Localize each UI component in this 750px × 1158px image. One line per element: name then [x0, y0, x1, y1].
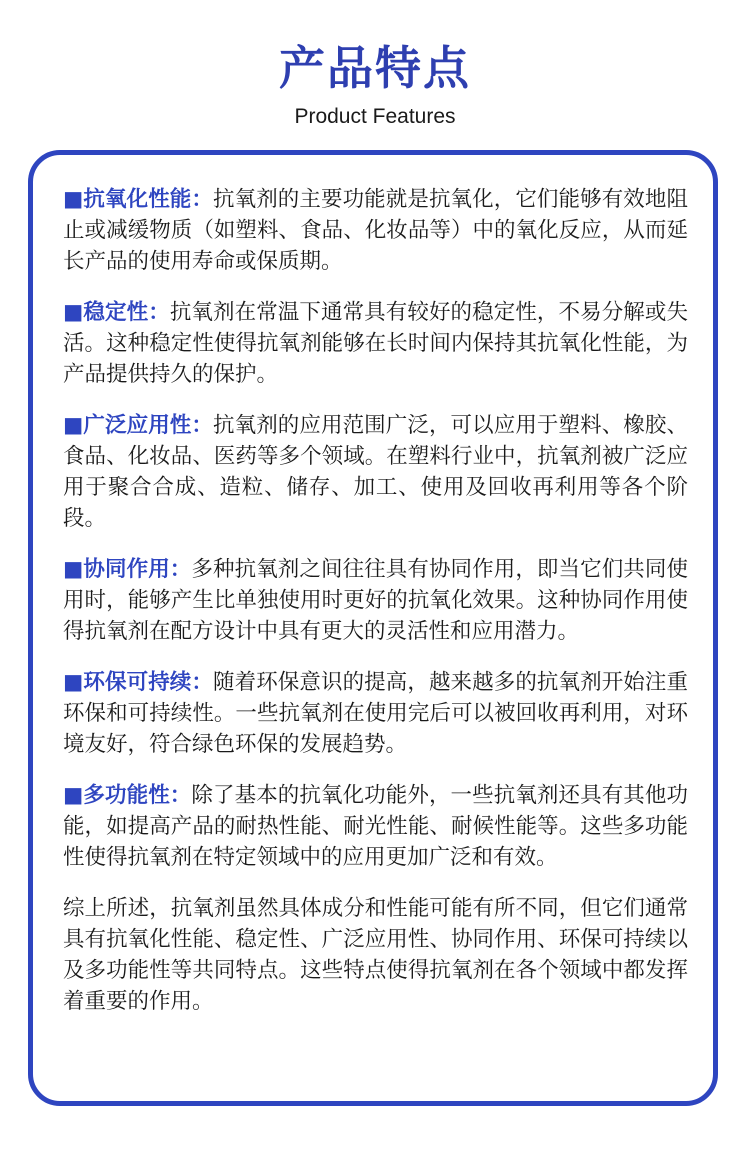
- square-bullet-icon: ■: [63, 187, 83, 212]
- features-content: ■抗氧化性能：抗氧剂的主要功能就是抗氧化，它们能够有效地阻止或减缓物质（如塑料、…: [63, 184, 688, 1037]
- square-bullet-icon: ■: [63, 557, 83, 582]
- feature-heading: 协同作用：: [83, 557, 191, 582]
- page-title: 产品特点: [0, 38, 750, 98]
- feature-synergy: ■协同作用：多种抗氧剂之间往往具有协同作用，即当它们共同使用时，能够产生比单独使…: [63, 554, 688, 647]
- feature-wide-application: ■广泛应用性：抗氧剂的应用范围广泛，可以应用于塑料、橡胶、食品、化妆品、医药等多…: [63, 410, 688, 534]
- square-bullet-icon: ■: [63, 413, 83, 438]
- feature-heading: 稳定性：: [83, 300, 169, 325]
- square-bullet-icon: ■: [63, 670, 83, 695]
- feature-multifunctional: ■多功能性：除了基本的抗氧化功能外，一些抗氧剂还具有其他功能，如提高产品的耐热性…: [63, 780, 688, 873]
- feature-heading: 抗氧化性能：: [83, 187, 213, 212]
- feature-stability: ■稳定性：抗氧剂在常温下通常具有较好的稳定性，不易分解或失活。这种稳定性使得抗氧…: [63, 297, 688, 390]
- page-subtitle: Product Features: [0, 104, 750, 130]
- feature-heading: 环保可持续：: [83, 670, 213, 695]
- feature-heading: 多功能性：: [83, 783, 191, 808]
- feature-antioxidation: ■抗氧化性能：抗氧剂的主要功能就是抗氧化，它们能够有效地阻止或减缓物质（如塑料、…: [63, 184, 688, 277]
- square-bullet-icon: ■: [63, 783, 83, 808]
- summary-paragraph: 综上所述，抗氧剂虽然具体成分和性能可能有所不同，但它们通常具有抗氧化性能、稳定性…: [63, 893, 688, 1017]
- feature-heading: 广泛应用性：: [83, 413, 213, 438]
- features-card: ■抗氧化性能：抗氧剂的主要功能就是抗氧化，它们能够有效地阻止或减缓物质（如塑料、…: [28, 150, 718, 1106]
- feature-eco-sustainable: ■环保可持续：随着环保意识的提高，越来越多的抗氧剂开始注重环保和可持续性。一些抗…: [63, 667, 688, 760]
- square-bullet-icon: ■: [63, 300, 83, 325]
